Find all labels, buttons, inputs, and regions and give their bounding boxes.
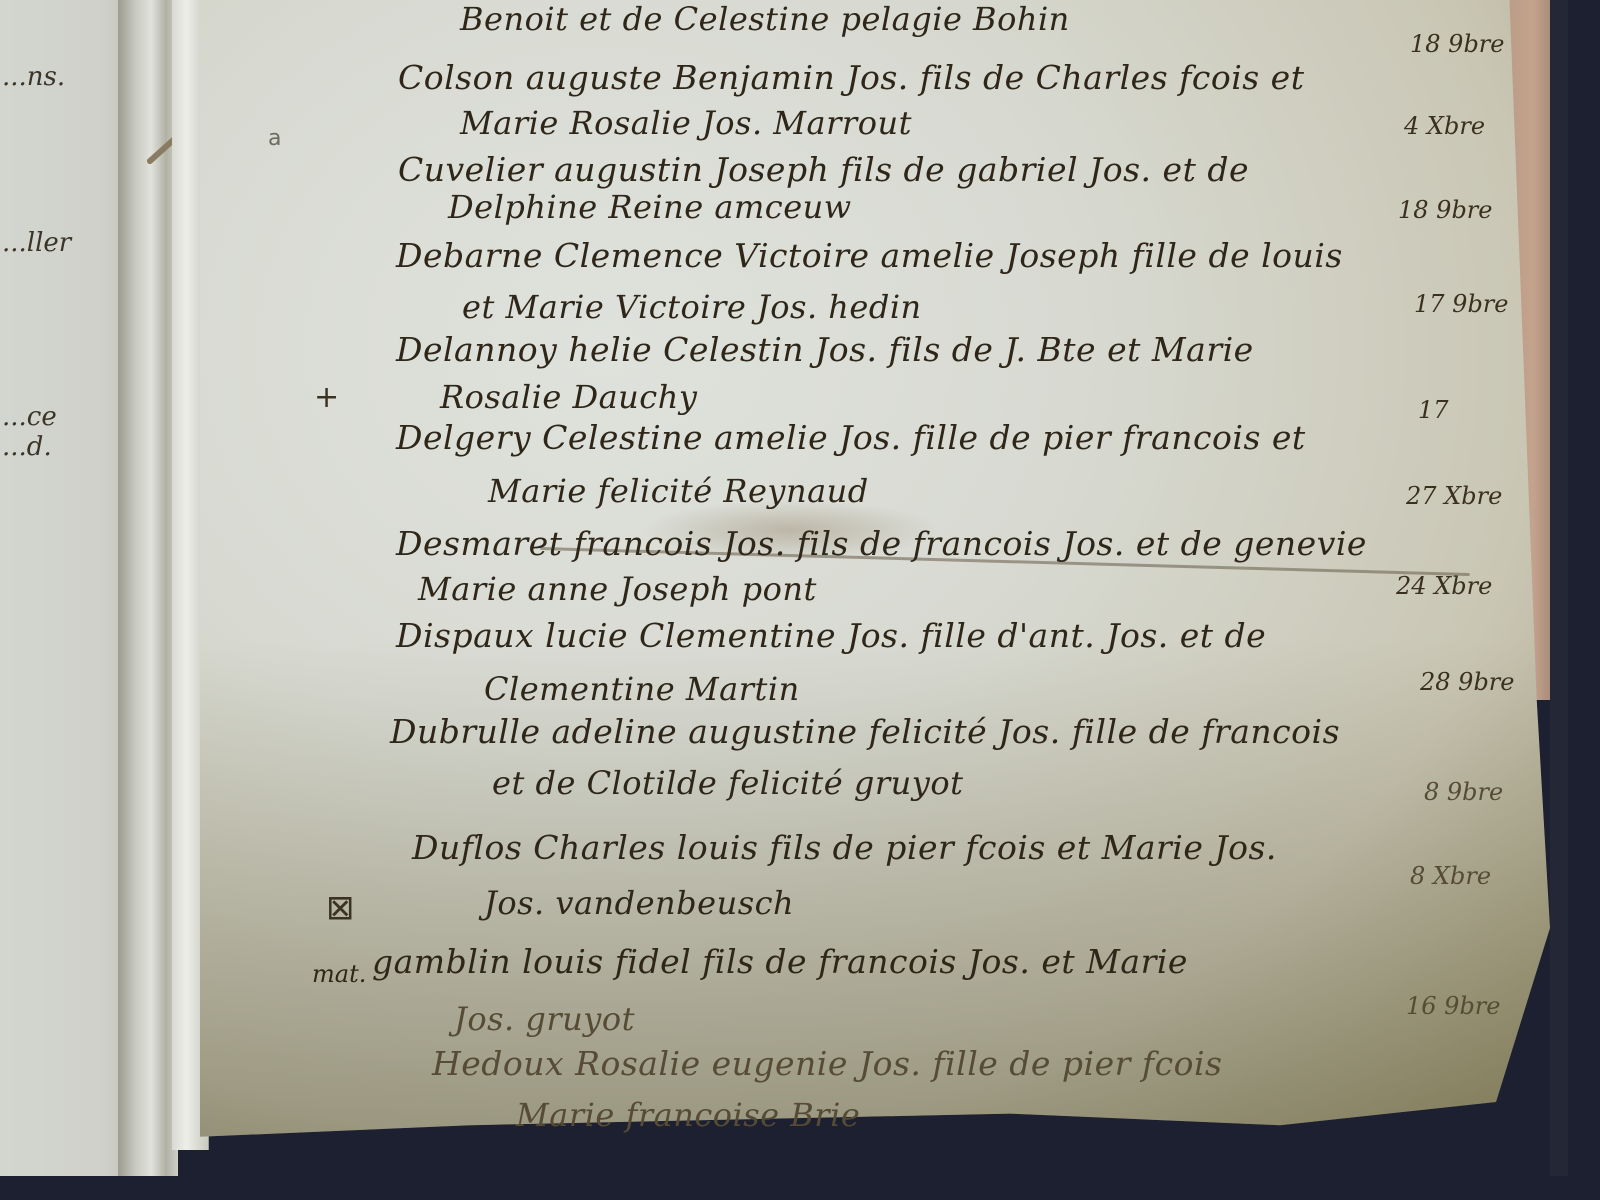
left-page-fragment: ...ns. [2, 62, 65, 92]
register-line: Delphine Reine amceuw [448, 188, 852, 226]
register-line: Marie anne Joseph pont [418, 570, 817, 608]
register-line: et de Clotilde felicité gruyot [492, 764, 963, 802]
register-entry-dispaux: Dispaux lucie Clementine Jos. fille d'an… [396, 616, 1266, 655]
left-page-fragment: ...ce [2, 402, 57, 432]
register-line: Marie Rosalie Jos. Marrout [460, 104, 912, 142]
entry-date: 16 9bre [1406, 992, 1500, 1020]
entry-date: 24 Xbre [1396, 572, 1492, 600]
register-entry-cuvelier: Cuvelier augustin Joseph fils de gabriel… [398, 150, 1249, 189]
entry-date: 4 Xbre [1404, 112, 1485, 140]
register-line: et Marie Victoire Jos. hedin [462, 288, 922, 326]
register-line: Jos. gruyot [454, 1000, 635, 1038]
register-line: Clementine Martin [484, 670, 800, 708]
register-entry-debarne: Debarne Clemence Victoire amelie Joseph … [396, 236, 1343, 275]
box-mark-icon: ⊠ [326, 888, 355, 928]
register-line: Rosalie Dauchy [440, 378, 697, 416]
entry-date: 17 9bre [1414, 290, 1508, 318]
register-entry-delgery: Delgery Celestine amelie Jos. fille de p… [396, 418, 1306, 457]
register-entry-delannoy: Delannoy helie Celestin Jos. fils de J. … [396, 330, 1254, 369]
register-line: Marie francoise Brie [516, 1096, 860, 1134]
entry-date: 8 Xbre [1410, 862, 1491, 890]
entry-date: 18 9bre [1398, 196, 1492, 224]
background-edge [1550, 0, 1568, 1176]
register-entry-duflos: Duflos Charles louis fils de pier fcois … [412, 828, 1277, 867]
left-page-fragment: ...d. [2, 432, 52, 462]
register-line: Benoit et de Celestine pelagie Bohin [460, 0, 1070, 38]
margin-letter-a: a [268, 126, 281, 151]
margin-note-mat: mat. [312, 960, 366, 988]
register-line: Marie felicité Reynaud [488, 472, 869, 510]
cross-mark-icon: + [314, 380, 339, 415]
entry-date: 17 [1418, 396, 1449, 424]
register-entry-dubrulle: Dubrulle adeline augustine felicité Jos.… [390, 712, 1340, 751]
entry-date: 27 Xbre [1406, 482, 1502, 510]
entry-date: 8 9bre [1424, 778, 1503, 806]
entry-date: 18 9bre [1410, 30, 1504, 58]
register-entry-desmaret: Desmaret francois Jos. fils de francois … [396, 524, 1367, 563]
entry-date: 28 9bre [1420, 668, 1514, 696]
book-spine [118, 0, 178, 1176]
register-entry-colson: Colson auguste Benjamin Jos. fils de Cha… [398, 58, 1304, 97]
register-line: Jos. vandenbeusch [484, 884, 794, 922]
register-entry-gamblin: gamblin louis fidel fils de francois Jos… [372, 942, 1188, 981]
document-photo: ...ns. ...ller ...ce ...d. a + ⊠ mat. Be… [0, 0, 1568, 1176]
register-entry-hedoux: Hedoux Rosalie eugenie Jos. fille de pie… [432, 1044, 1222, 1083]
left-page-fragment: ...ller [2, 228, 71, 258]
